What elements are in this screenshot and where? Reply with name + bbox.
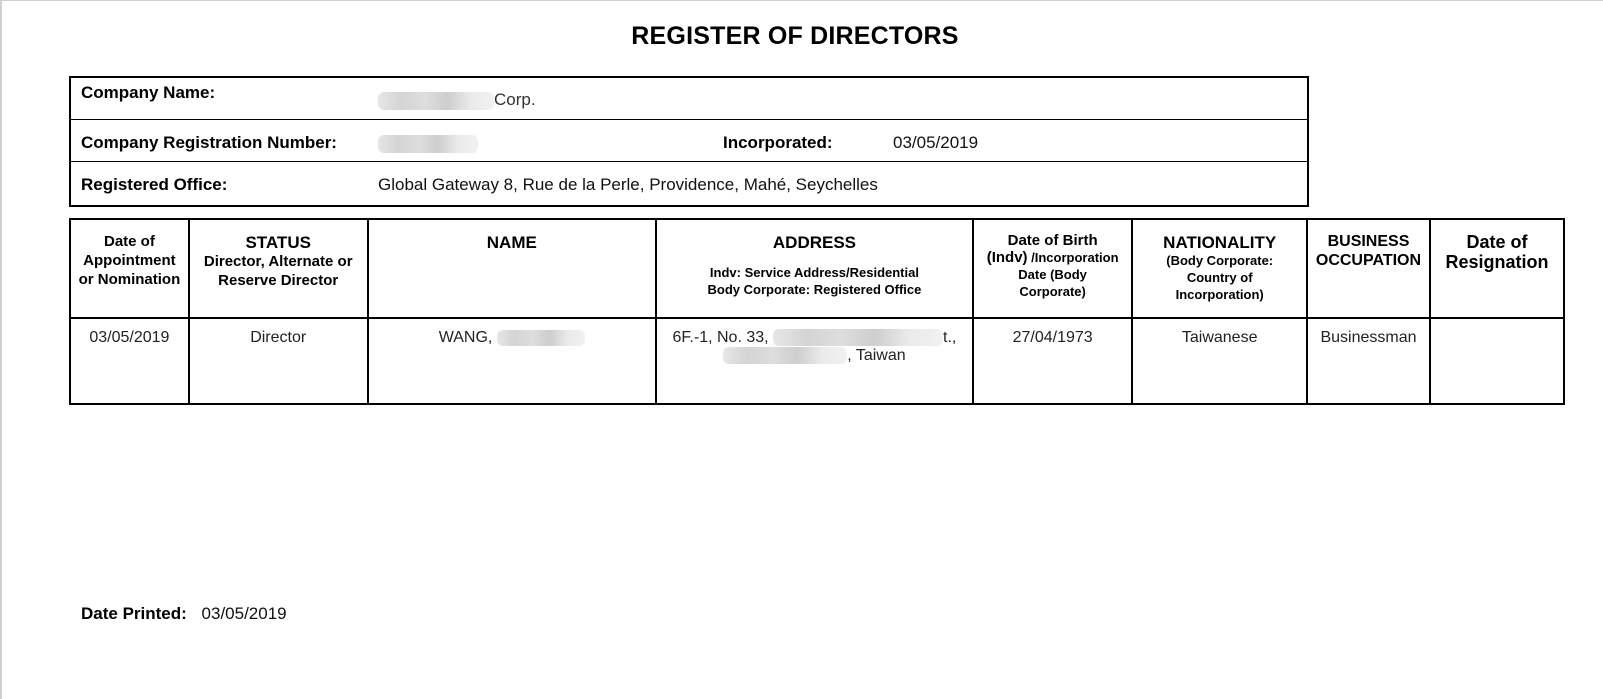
incorporated-value: 03/05/2019 [893,133,978,153]
header-business-occupation: BUSINESS OCCUPATION [1307,219,1430,318]
date-printed-value: 03/05/2019 [202,604,287,623]
address-line1-end: t., [943,329,956,346]
header-date-of-birth: Date of Birth (Indv) /Incorporation Date… [973,219,1132,318]
company-registration-row: Company Registration Number: Incorporate… [71,120,1307,162]
table-row: 03/05/2019 Director WANG, 6F.-1, No. 33,… [70,318,1564,404]
header-status: STATUS Director, Alternate or Reserve Di… [189,219,368,318]
header-address: ADDRESS Indv: Service Address/Residentia… [656,219,973,318]
status-cell: Director [189,318,368,404]
directors-table: Date of Appointment or Nomination STATUS… [69,218,1565,405]
redacted-block [378,135,478,153]
table-header-row: Date of Appointment or Nomination STATUS… [70,219,1564,318]
date-printed-label: Date Printed: [81,604,187,623]
company-name-value: Corp. [378,90,536,110]
redacted-block [773,329,943,346]
appointment-date-cell: 03/05/2019 [70,318,189,404]
company-name-label: Company Name: [81,83,215,103]
redacted-block [497,330,585,346]
company-name-suffix: Corp. [494,90,536,109]
registered-office-row: Registered Office: Global Gateway 8, Rue… [71,162,1307,205]
date-printed: Date Printed: 03/05/2019 [81,604,287,624]
nationality-cell: Taiwanese [1132,318,1307,404]
resignation-date-cell [1430,318,1564,404]
header-appointment-date: Date of Appointment or Nomination [70,219,189,318]
registration-number-label: Company Registration Number: [81,133,337,153]
header-resignation-date: Date of Resignation [1430,219,1564,318]
address-cell: 6F.-1, No. 33, t., , Taiwan [656,318,973,404]
name-cell: WANG, [368,318,656,404]
registered-office-label: Registered Office: [81,175,227,195]
address-line2-text: , Taiwan [847,347,905,364]
address-line1-text: 6F.-1, No. 33, [673,329,769,346]
redacted-block [723,347,847,364]
incorporated-label: Incorporated: [723,133,833,153]
company-name-row: Company Name: Corp. [71,78,1307,120]
occupation-cell: Businessman [1307,318,1430,404]
page-title: REGISTER OF DIRECTORS [0,22,1603,51]
date-of-birth-cell: 27/04/1973 [973,318,1132,404]
header-nationality: NATIONALITY (Body Corporate: Country of … [1132,219,1307,318]
header-name: NAME [368,219,656,318]
redacted-block [378,92,494,110]
registered-office-value: Global Gateway 8, Rue de la Perle, Provi… [378,175,878,195]
registration-number-value [378,133,478,153]
company-info-box: Company Name: Corp. Company Registration… [69,76,1309,207]
name-visible-text: WANG, [439,329,493,346]
